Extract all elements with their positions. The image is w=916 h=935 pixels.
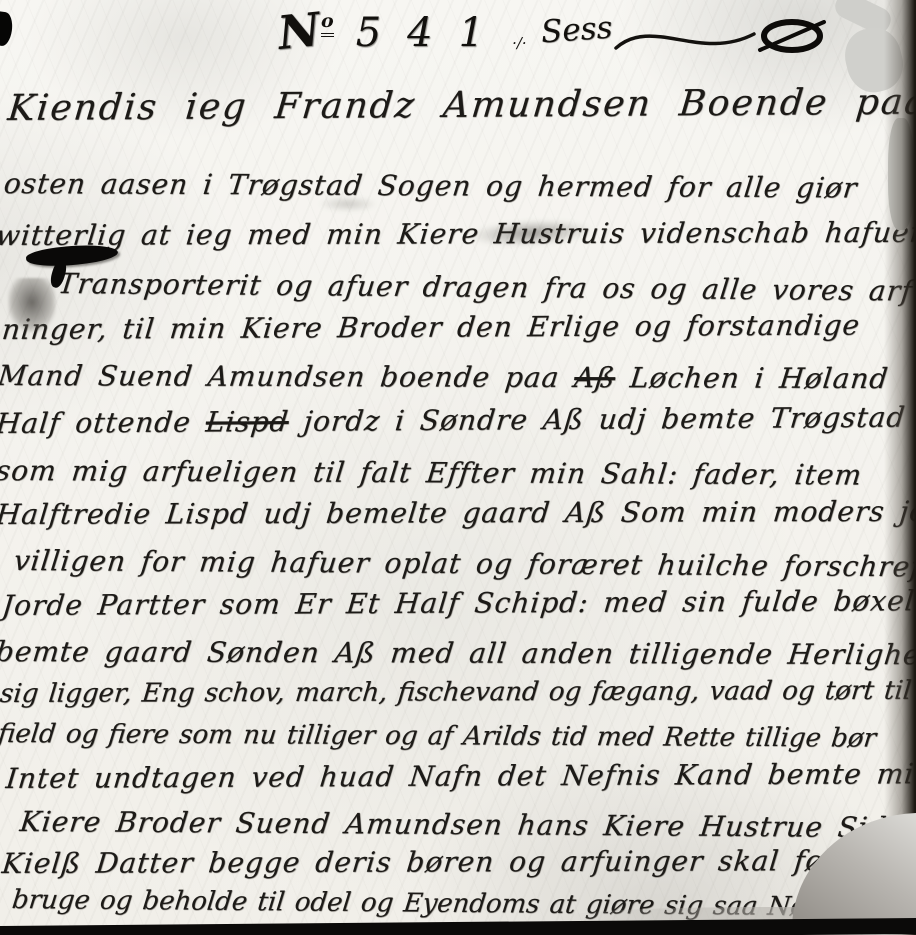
document-number-value: 541 [356, 10, 510, 56]
line-6-text: Mand Suend Amundsen boende paa [0, 359, 576, 394]
document-page: N o 541 ·/· Sess Kiendis ieg Frandz Amun… [0, 0, 916, 935]
manuscript-line-17: Kielß Datter begge deris børen og arfuin… [0, 845, 916, 881]
manuscript-line-11: Jorde Partter som Er Et Half Schipd: med… [0, 585, 916, 622]
manuscript-line-14: field og fiere som nu tilliger og af Ari… [0, 720, 877, 754]
struck-out-word: Lispd [204, 405, 290, 439]
header-annotation: Sess [540, 10, 614, 51]
line-6-text-after: Løchen i Høland [613, 361, 890, 395]
manuscript-line-6: Mand Suend Amundsen boende paa Aß Løchen… [0, 360, 890, 395]
manuscript-line-16: Kiere Broder Suend Amundsen hans Kiere H… [18, 806, 916, 845]
manuscript-line-4: Transporterit og afuer dragen fra os og … [56, 268, 914, 308]
manuscript-line-2: osten aasen i Trøgstad Sogen og hermed f… [2, 168, 859, 205]
pen-flourish-icon [614, 8, 834, 66]
manuscript-line-7: Half ottende Lispd jordz i Søndre Aß udj… [0, 401, 916, 440]
manuscript-line-1: Kiendis ieg Frandz Amundsen Boende paa R… [6, 81, 916, 130]
manuscript-line-9: Halftredie Lispd udj bemelte gaard Aß So… [0, 496, 916, 532]
manuscript-line-15: Intet undtagen ved huad Nafn det Nefnis … [4, 758, 916, 795]
number-prefix: N [275, 2, 322, 60]
manuscript-line-10: villigen for mig hafuer oplat og foræret… [12, 545, 916, 584]
ink-smudge-small [318, 196, 378, 212]
number-prefix-superscript: o [321, 10, 334, 37]
manuscript-line-5: ninger, til min Kiere Broder den Erlige … [0, 310, 861, 347]
separator-marks: ·/· [512, 34, 527, 52]
ink-mark-top-left [0, 11, 14, 47]
document-number: N o 541 ·/· Sess [278, 4, 834, 66]
line-7-text: Half ottende [0, 406, 208, 440]
ink-smudge [8, 278, 56, 332]
scan-shadow-bottom [0, 918, 916, 935]
line-7-text-after: jordz i Søndre Aß udj bemte Trøgstad Sog… [287, 400, 916, 438]
manuscript-line-13: sig ligger, Eng schov, march, fischevand… [0, 677, 913, 710]
scan-shadow-right [884, 0, 916, 935]
struck-out-word: Aß [573, 361, 618, 394]
manuscript-line-3: witterlig at ieg med min Kiere Hustruis … [0, 217, 916, 252]
manuscript-line-12: bemte gaard Sønden Aß med all anden till… [0, 636, 916, 672]
manuscript-line-8: som mig arfueligen til falt Effter min S… [0, 455, 864, 492]
